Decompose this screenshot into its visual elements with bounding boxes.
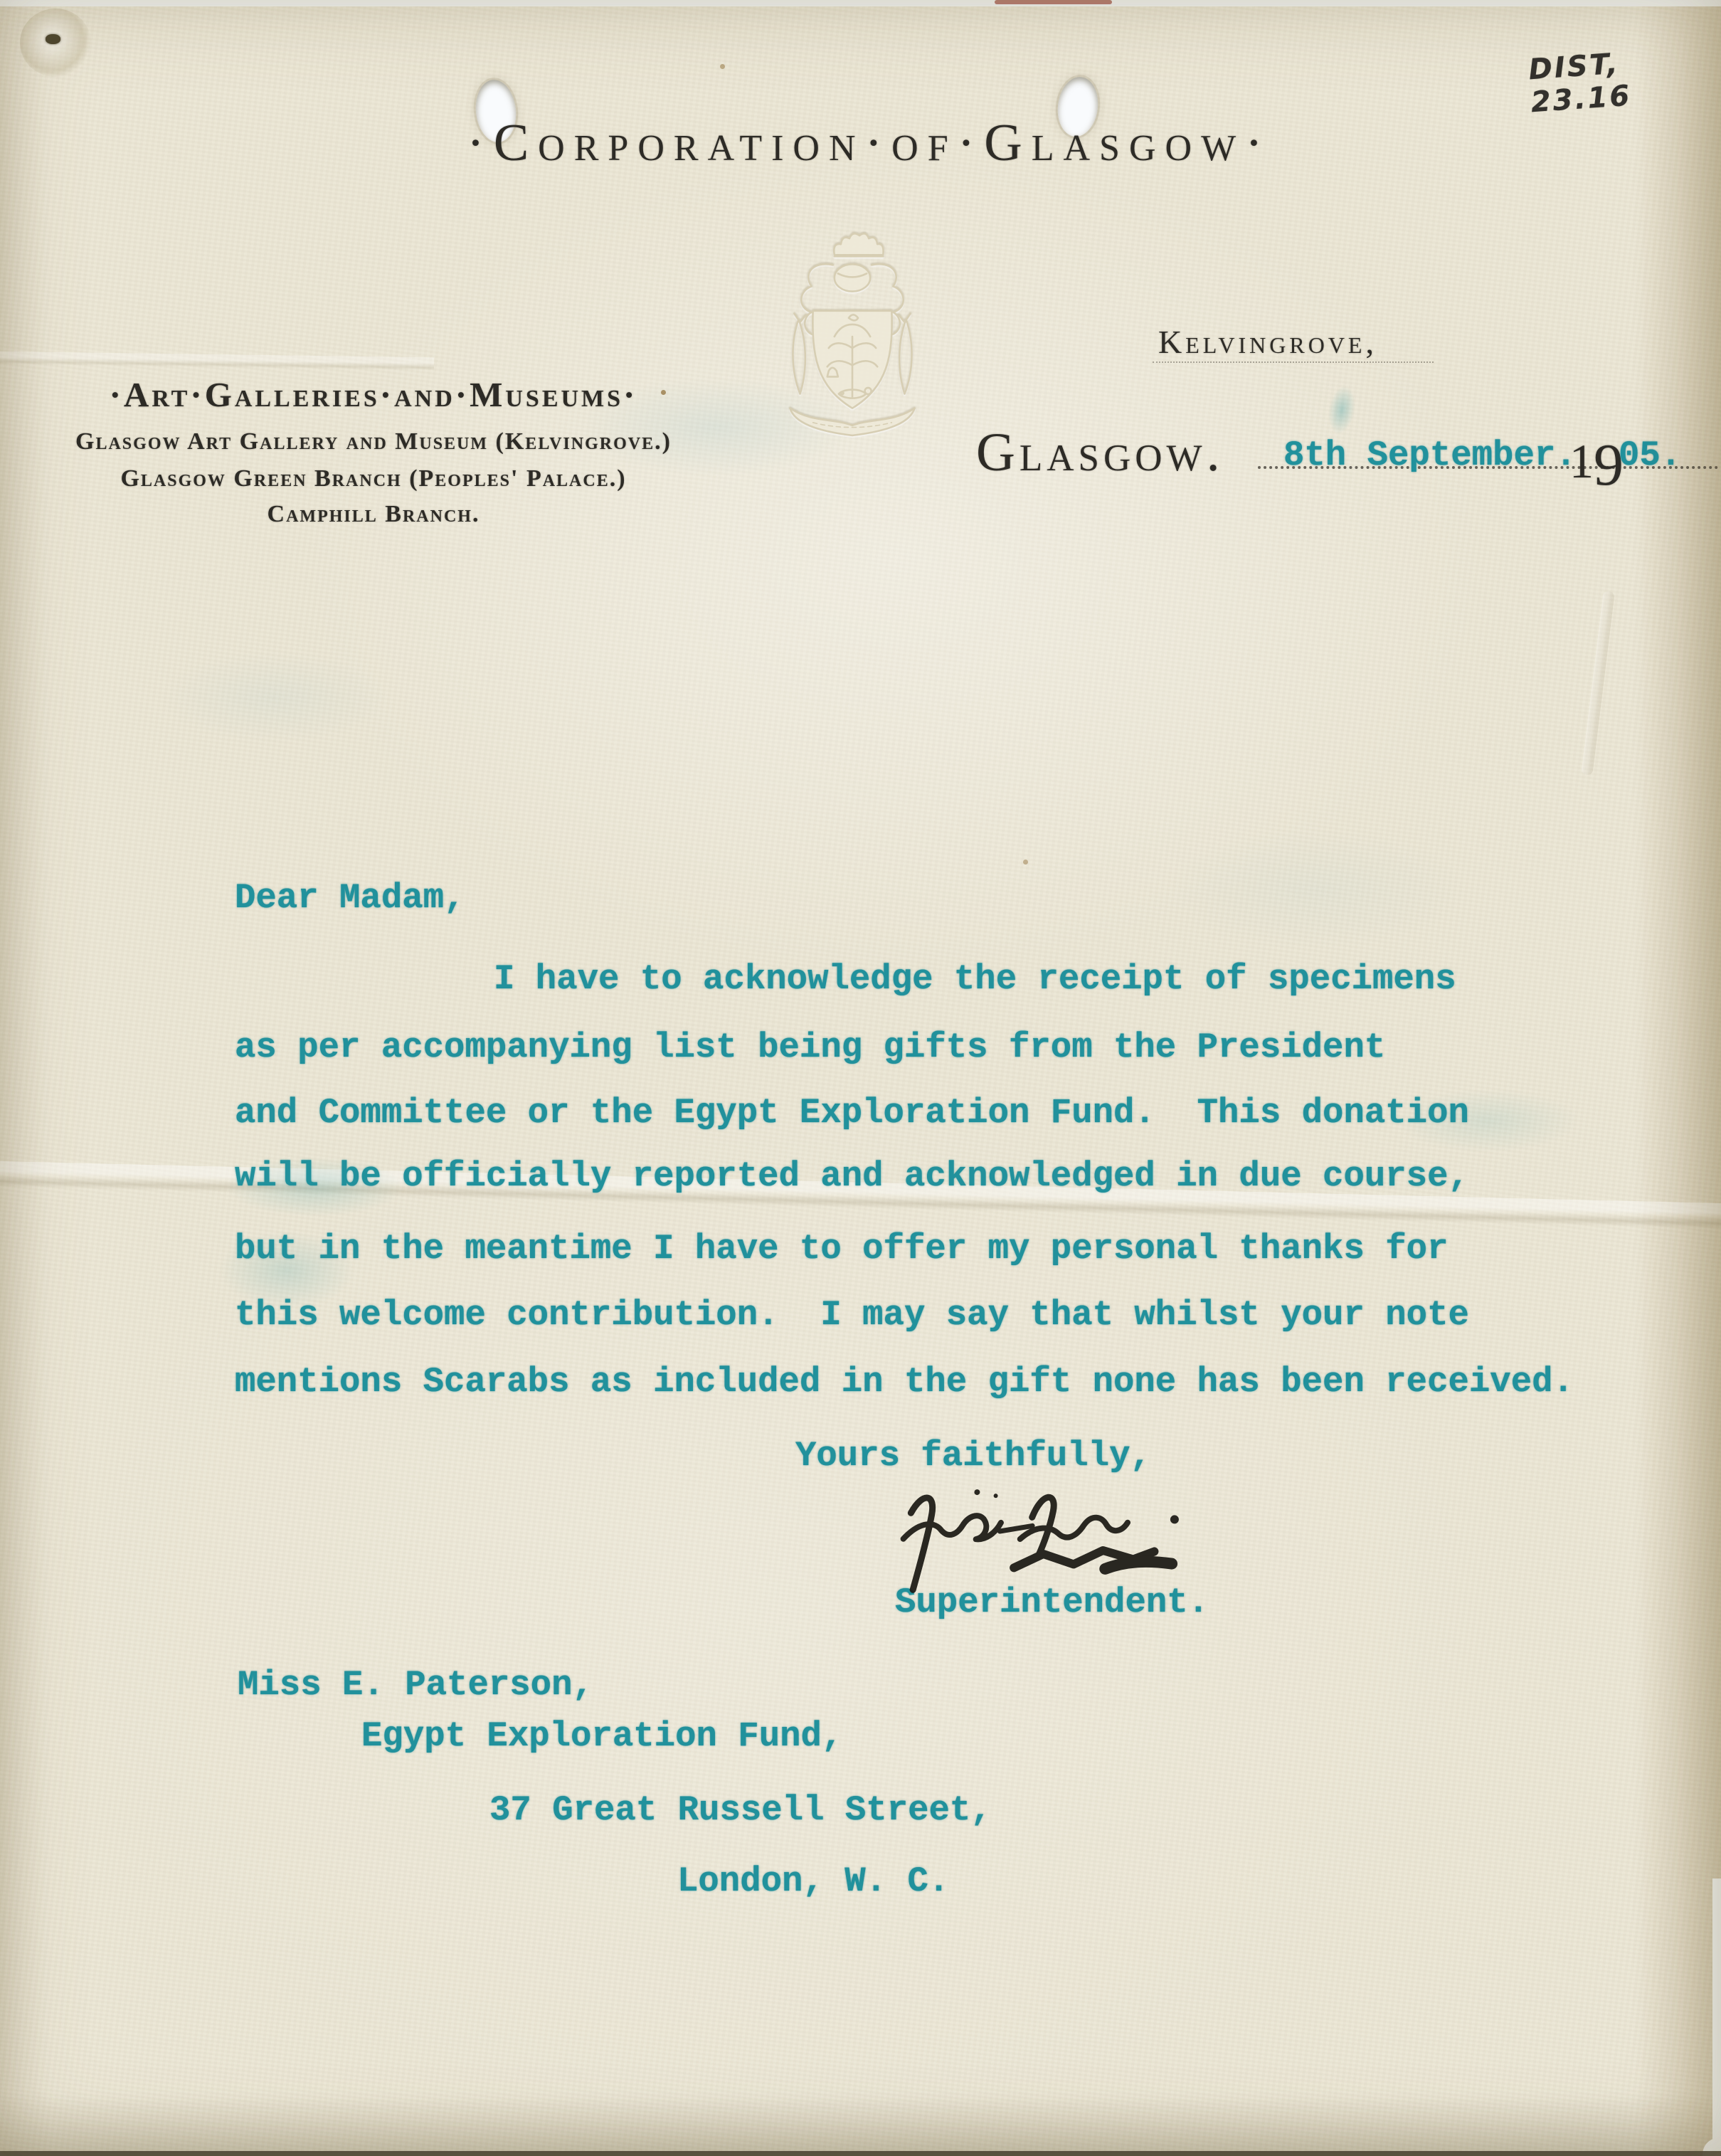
scanner-edge-right — [1712, 1878, 1721, 2156]
body-line-1: I have to acknowledge the receipt of spe… — [494, 962, 1456, 997]
typed-date-year-suffix: 05. — [1619, 438, 1681, 473]
printed-year-19: 19 — [1569, 428, 1624, 488]
letterhead-branch-2: Glasgow Green Branch (Peoples' Palace.) — [39, 467, 708, 491]
paper-crease-upper-left — [0, 352, 434, 371]
ink-smudge — [1325, 384, 1358, 435]
letterhead-place-kelvingrove: Kelvingrove, — [1158, 326, 1377, 359]
letterhead-branch-3: Camphill Branch. — [39, 502, 708, 527]
typed-date-day-month: 8th September. — [1283, 438, 1577, 473]
paper-wrinkle-right — [1581, 591, 1615, 776]
paper-edge-bottom — [0, 2151, 1721, 2156]
body-line-6: this welcome contribution. I may say tha… — [235, 1298, 1469, 1333]
foxing-speck — [1023, 860, 1028, 865]
kelvingrove-underline-rule — [1153, 361, 1434, 363]
archival-reference-handwriting: DIST, 23.16 — [1527, 41, 1721, 120]
letter-scan-paper: DIST, 23.16 — [0, 0, 1721, 2156]
letterhead-branch-1: Glasgow Art Gallery and Museum (Kelvingr… — [39, 430, 708, 454]
body-line-5: but in the meantime I have to offer my p… — [235, 1232, 1448, 1267]
foxing-speck — [720, 64, 725, 69]
body-line-7: mentions Scarabs as included in the gift… — [235, 1365, 1574, 1400]
red-edge-smear — [995, 0, 1112, 4]
body-line-3: and Committee or the Egypt Exploration F… — [235, 1096, 1469, 1131]
salutation-line: Dear Madam, — [235, 881, 465, 916]
signature-scrawl — [891, 1479, 1190, 1609]
letterhead-place-glasgow: Glasgow. — [976, 426, 1224, 480]
paper-tint-stain — [160, 651, 388, 744]
letterhead-title: ·Corporation·of·Glasgow· — [142, 117, 1596, 169]
body-line-2: as per accompanying list being gifts fro… — [235, 1030, 1385, 1065]
paper-tint-stain — [1167, 829, 1466, 950]
recipient-name-line: Miss E. Paterson, — [238, 1668, 593, 1703]
body-line-4: will be officially reported and acknowle… — [235, 1159, 1469, 1194]
letterhead-department: ·Art·Galleries·and·Museums· — [39, 377, 708, 412]
scanner-edge-top — [0, 0, 1721, 6]
recipient-city-line: London, W. C. — [677, 1864, 949, 1899]
closing-line: Yours faithfully, — [795, 1439, 1151, 1474]
pin-hole-mark — [46, 34, 60, 44]
glasgow-crest-emboss — [770, 228, 935, 443]
recipient-org-line: Egypt Exploration Fund, — [361, 1719, 842, 1754]
recipient-street-line: 37 Great Russell Street, — [489, 1793, 992, 1828]
